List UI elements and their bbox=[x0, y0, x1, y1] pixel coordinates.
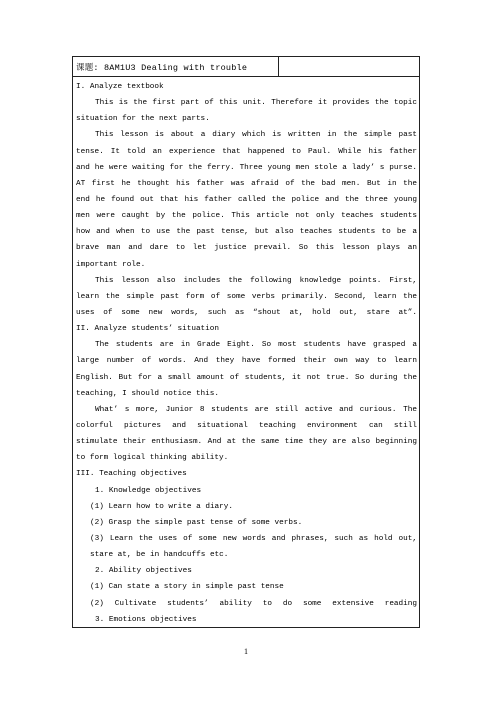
text-line: important role. bbox=[76, 257, 417, 273]
text-line: 2. Ability objectives bbox=[76, 563, 417, 579]
text-line: (2) Cultivate students’ ability to do so… bbox=[76, 596, 417, 612]
text-line: II. Analyze students’ situation bbox=[76, 321, 417, 337]
text-line: uses of some new words, such as “shout a… bbox=[76, 305, 417, 321]
text-line: 1. Knowledge objectives bbox=[76, 483, 417, 499]
page-number: 1 bbox=[244, 647, 248, 656]
text-line: how and when to use the past tense, but … bbox=[76, 224, 417, 240]
text-line: The students are in Grade Eight. So most… bbox=[76, 337, 417, 353]
text-line: brave man and dare to let justice prevai… bbox=[76, 240, 417, 256]
text-line: colorful pictures and situational teachi… bbox=[76, 418, 417, 434]
text-line: and he were waiting for the ferry. Three… bbox=[76, 160, 417, 176]
text-line: This lesson is about a diary which is wr… bbox=[76, 127, 417, 143]
course-title-cell: 课题: 8AM1U3 Dealing with trouble bbox=[73, 57, 279, 76]
page-footer: 1 bbox=[72, 647, 420, 656]
text-line: This is the first part of this unit. The… bbox=[76, 95, 417, 111]
text-line: stimulate their enthusiasm. And at the s… bbox=[76, 434, 417, 450]
text-line: tense. It told an experience that happen… bbox=[76, 144, 417, 160]
text-line: What’ s more, Junior 8 students are stil… bbox=[76, 402, 417, 418]
text-line: English. But for a small amount of stude… bbox=[76, 370, 417, 386]
text-line: (1) Can state a story in simple past ten… bbox=[76, 579, 417, 595]
text-line: situation for the next parts. bbox=[76, 111, 417, 127]
header-empty-cell bbox=[279, 57, 419, 76]
text-line: end he found out that his father called … bbox=[76, 192, 417, 208]
text-line: I. Analyze textbook bbox=[76, 79, 417, 95]
text-line: (2) Grasp the simple past tense of some … bbox=[76, 515, 417, 531]
text-line: This lesson also includes the following … bbox=[76, 273, 417, 289]
lesson-plan-table: 课题: 8AM1U3 Dealing with trouble I. Analy… bbox=[72, 56, 420, 628]
table-header-row: 课题: 8AM1U3 Dealing with trouble bbox=[73, 57, 419, 77]
table-body-cell: I. Analyze textbookThis is the first par… bbox=[73, 77, 419, 628]
text-line: men were caught by the police. This arti… bbox=[76, 208, 417, 224]
text-line: 3. Emotions objectives bbox=[76, 612, 417, 628]
text-line: large number of words. And they have for… bbox=[76, 353, 417, 369]
text-line: (3) Learn the uses of some new words and… bbox=[76, 531, 417, 547]
text-line: AT first he thought his father was afrai… bbox=[76, 176, 417, 192]
text-line: III. Teaching objectives bbox=[76, 466, 417, 482]
text-line: (1) Learn how to write a diary. bbox=[76, 499, 417, 515]
text-line: learn the simple past form of some verbs… bbox=[76, 289, 417, 305]
document-page: 课题: 8AM1U3 Dealing with trouble I. Analy… bbox=[0, 0, 496, 702]
text-line: stare at, be in handcuffs etc. bbox=[76, 547, 417, 563]
text-line: to form logical thinking ability. bbox=[76, 450, 417, 466]
course-title-text: 课题: 8AM1U3 Dealing with trouble bbox=[76, 61, 247, 73]
text-line: teaching, I should notice this. bbox=[76, 386, 417, 402]
